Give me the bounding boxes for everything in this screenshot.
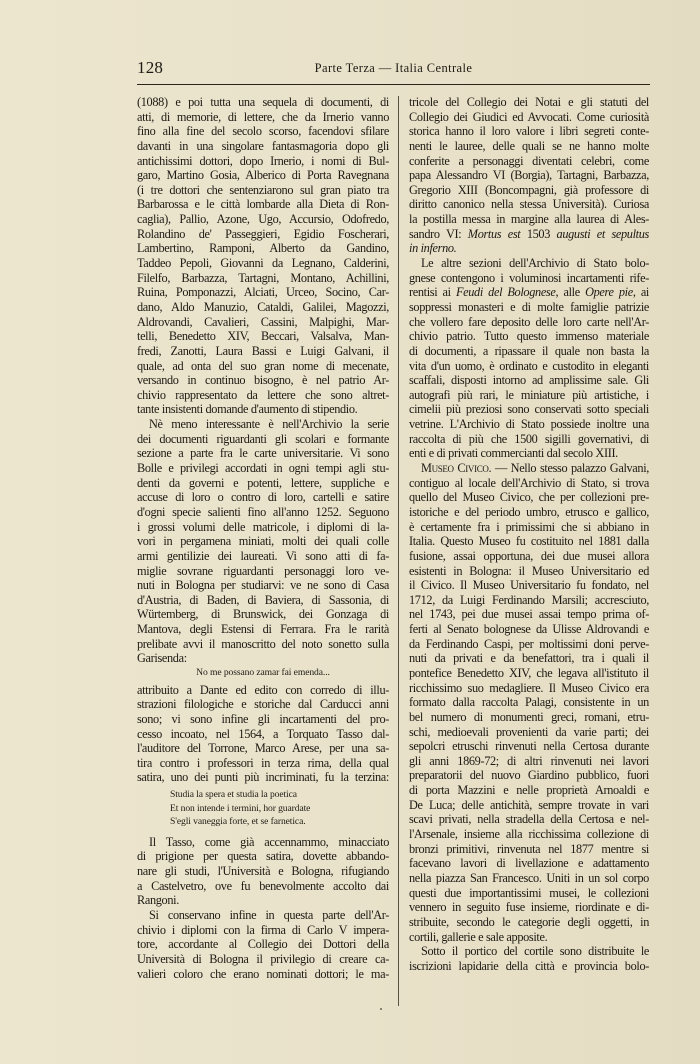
text-line: di porta Mazzini e nelle proprietà Arnoa… [409, 783, 649, 798]
text-line: scaffali, disposti intorno ad amplissime… [409, 373, 649, 388]
text-line: chivio i diplomi con la firma di Carlo V… [137, 923, 389, 938]
text-line: strazioni filologiche e storiche dal Car… [137, 697, 389, 712]
left-column: (1088) e poi tutta una sequela di docume… [137, 95, 389, 981]
text-line: formato dalla raccolta Palagi, consisten… [409, 695, 649, 710]
text-line: autografi più rari, le miniature più art… [409, 388, 649, 403]
text-fragment: — Nello stesso palazzo Galvani, [491, 461, 649, 475]
text-line: garo, Martino Gosia, Alberico di Porta R… [137, 168, 389, 183]
text-line: Würtemberg, di Brunswick, dei Gonzaga di [137, 607, 389, 622]
text-line: quello del Museo Civico, che per collezi… [409, 490, 649, 505]
text-line: raccolta di più che 1500 sigilli governa… [409, 432, 649, 447]
text-fragment: , ai [633, 285, 649, 299]
text-line: (i tre dottori che sentenziarono sul gra… [137, 183, 389, 198]
text-line: tricole del Collegio dei Notai e gli sta… [409, 95, 649, 110]
text-line: Filelfo, Barbazza, Tartagni, Montano, Ac… [137, 271, 389, 286]
text-line: bel numero di monumenti greci, romani, e… [409, 710, 649, 725]
text-line: tira contro i professori in terza rima, … [137, 756, 389, 771]
text-line: preparatorii del nuovo Giardino pubblico… [409, 768, 649, 783]
text-line: vita d'un uomo, è ordinato e custodito i… [409, 359, 649, 374]
print-speck [380, 1008, 382, 1010]
text-line: papa Alessandro VI (Borgia), Tartagni, B… [409, 168, 649, 183]
right-column: tricole del Collegio dei Notai e gli sta… [409, 95, 649, 973]
terzina-verse: Studia la spera et studia la poetica Et … [137, 788, 389, 829]
text-line: soppressi monasteri e di molte famiglie … [409, 300, 649, 315]
text-line: quale, ad onta del suo gran nome di mece… [137, 359, 389, 374]
sonnet-quote: No me possano zamar fai emenda... [137, 666, 389, 680]
section-heading-museo-civico: Museo Civico. [421, 461, 491, 475]
latin-italic: in inferno. [409, 241, 456, 255]
paragraph-start: Nè meno interessante è nell'Archivio la … [137, 417, 389, 432]
text-line: fusione, assai opportuna, dei due musei … [409, 549, 649, 564]
text-line: Aldrovandi, Cavalieri, Cassini, Malpighi… [137, 315, 389, 330]
text-line: i grossi volumi delle matricole, i diplo… [137, 520, 389, 535]
paragraph-start: Si conservano infine in questa parte del… [137, 908, 389, 923]
text-line: Italia. Questo Museo fu costituito nel 1… [409, 534, 649, 549]
paragraph-start: Sotto il portico del cortile sono distri… [409, 944, 649, 959]
text-line: conferite a personaggi diventati celebri… [409, 154, 649, 169]
text-line: cortili, gallerie e sale apposite. [409, 930, 649, 945]
text-line: la postilla messa in margine alla laurea… [409, 212, 649, 227]
year: 1503 [520, 227, 556, 241]
text-line: cimelii più preziosi sono conservati sot… [409, 402, 649, 417]
latin-italic: augusti et sepultus [557, 227, 649, 241]
text-line: versando in continuo bisogno, è nel patr… [137, 373, 389, 388]
text-line: prelibate avvi il manoscritto del noto s… [137, 637, 389, 652]
text-line: da Ferdinando Caspi, per moltissimi doni… [409, 637, 649, 652]
text-line: in inferno. [409, 241, 649, 256]
text-line: sandro VI: Mortus est 1503 augusti et se… [409, 227, 649, 242]
text-line: chivio patrio. Tutto questo immenso mate… [409, 329, 649, 344]
text-line: a Castelvetro, ove fu benevolmente accol… [137, 879, 389, 894]
text-line: schi, medioevali provenienti da varie pa… [409, 725, 649, 740]
text-line: miglie sovrane riguardanti personaggi lo… [137, 564, 389, 579]
text-line: gnese contengono i voluminosi incartamen… [409, 271, 649, 286]
text-line: Rolandino de' Passeggieri, Egidio Fosche… [137, 227, 389, 242]
text-line: nare gli studi, l'Università e Bologna, … [137, 864, 389, 879]
book-page: 128 Parte Terza — Italia Centrale (1088)… [0, 0, 700, 1064]
paragraph-start: Il Tasso, come già accennammo, minacciat… [137, 835, 389, 850]
text-line: 1712, da Luigi Ferdinando Marsili; accre… [409, 593, 649, 608]
text-fragment: rentisi ai [409, 285, 456, 299]
text-line: fredi, Zanotti, Laura Bassi e Luigi Galv… [137, 344, 389, 359]
text-line: storica hanno il loro valore i libri seg… [409, 124, 649, 139]
text-line: caglia), Pallio, Azone, Ugo, Accursio, O… [137, 212, 389, 227]
text-line: diritto canonico nella stessa Università… [409, 197, 649, 212]
text-line: attribuito a Dante ed edito con corredo … [137, 683, 389, 698]
header-rule [137, 84, 650, 85]
text-line: armi gentilizie dei laureati. Vi sono at… [137, 549, 389, 564]
text-line: istoriche e del periodo umbro, etrusco e… [409, 505, 649, 520]
text-line: che vollero fare deposito delle loro car… [409, 315, 649, 330]
latin-italic: Mortus est [468, 227, 521, 241]
text-line: Collegio dei Giudici ed Avvocati. Come c… [409, 110, 649, 125]
text-line: sezione a parte fra le carte universitar… [137, 446, 389, 461]
text-line: ricchissimo suo medagliere. Il Museo Civ… [409, 681, 649, 696]
text-line: valieri coloro che erano nominati dottor… [137, 967, 389, 982]
text-line: sono; vi sono infine gli incartamenti de… [137, 712, 389, 727]
text-line: l'auditore del Torrone, Marco Arese, per… [137, 741, 389, 756]
text-line: davanti in una singolare fantasmagoria d… [137, 139, 389, 154]
text-line: scavi privati, nella stradella della Cer… [409, 812, 649, 827]
verse-line: Studia la spera et studia la poetica [137, 788, 389, 802]
text-line: è certamente fra i primissimi che si abb… [409, 520, 649, 535]
running-head: 128 Parte Terza — Italia Centrale [137, 58, 650, 80]
text-line: ferti al Senato bolognese da Ulisse Aldr… [409, 622, 649, 637]
paragraph-start: Le altre sezioni dell'Archivio di Stato … [409, 256, 649, 271]
text-line: (1088) e poi tutta una sequela di docume… [137, 95, 389, 110]
text-line: facevano lavori di livellazione e adatta… [409, 856, 649, 871]
text-line: sepolcri etruschi rinvenuti nella Certos… [409, 739, 649, 754]
text-line: vori in pergamena miniati, molti dei qua… [137, 534, 389, 549]
text-line: Rangoni. [137, 893, 389, 908]
text-line: antichissimi dottori, dopo Irnerio, i no… [137, 154, 389, 169]
text-line: Barbarossa e le città lombarde alla Diet… [137, 197, 389, 212]
text-line: Gregorio XIII (Boncompagni, già professo… [409, 183, 649, 198]
text-line: accuse di loro o contro di loro, cartell… [137, 490, 389, 505]
section-title: Parte Terza — Italia Centrale [137, 61, 650, 76]
text-line: Lambertino, Ramponi, Alberto da Gandino, [137, 241, 389, 256]
text-line: Bolle e privilegi accordati in ogni temp… [137, 461, 389, 476]
verse-line: S'egli vaneggia forte, et se farnetica. [137, 815, 389, 829]
text-line: bronzi primitivi, rinvenuta nel 1877 men… [409, 842, 649, 857]
text-line: nenti le lauree, delle quali se ne hanno… [409, 139, 649, 154]
text-line: Mantova, degli Estensi di Ferrara. Fra l… [137, 622, 389, 637]
text-line: gli anni 1869-72; di altri rinvenuti nei… [409, 754, 649, 769]
text-line: chivio rappresentato da lettere che sono… [137, 388, 389, 403]
text-line: Università di Bologna il privilegio di c… [137, 952, 389, 967]
text-line: nuti in Bologna per studiarvi: ve ne son… [137, 578, 389, 593]
text-line: enti e di privati commercianti dal secol… [409, 446, 649, 461]
text-line: l'Arsenale, insieme alla ricchissima col… [409, 827, 649, 842]
text-line: denti da governi e potenti, lettere, sup… [137, 476, 389, 491]
text-line: vennero in seguito fuse insieme, riordin… [409, 900, 649, 915]
text-line: di documenti, a ripassare il quale non b… [409, 344, 649, 359]
text-line: questi due importantissimi musei, le col… [409, 886, 649, 901]
text-line: tante insistenti domande d'aumento di st… [137, 402, 389, 417]
text-line: rentisi ai Feudi del Bolognese, alle Ope… [409, 285, 649, 300]
text-line: Ruina, Pomponazzi, Alciati, Urceo, Socin… [137, 285, 389, 300]
text-line: satira, uno dei punti più incriminati, f… [137, 770, 389, 785]
text-line: cesso incoato, nel 1564, a Torquato Tass… [137, 727, 389, 742]
text-line: atti, di memorie, di lettere, che da Irn… [137, 110, 389, 125]
verse-line: Et non intende i termini, hor guardate [137, 802, 389, 816]
text-line: dei documenti riguardanti gli scolari e … [137, 432, 389, 447]
text-line: di prigione per questa satira, dovette a… [137, 849, 389, 864]
text-line: iscrizioni lapidarie della città e provi… [409, 959, 649, 974]
title-italic: Opere pie [585, 285, 633, 299]
text-line: nel 1743, pei due musei assai tempo prim… [409, 607, 649, 622]
text-line: Garisenda: [137, 651, 389, 666]
text-line: stribuite, secondo le categorie degli og… [409, 915, 649, 930]
title-italic: Feudi del Bolognese [456, 285, 556, 299]
text-line: vetrine. L'Archivio di Stato possiede in… [409, 417, 649, 432]
text-line: esistenti in Bologna: il Museo Universit… [409, 564, 649, 579]
text-line: nella piazza San Francesco. Uniti in un … [409, 871, 649, 886]
text-fragment: , alle [555, 285, 585, 299]
text-line: contiguo al locale dell'Archivio di Stat… [409, 476, 649, 491]
text-line: il Civico. Il Museo Universitario fu fon… [409, 578, 649, 593]
text-line: Taddeo Pepoli, Giovanni da Legnano, Cald… [137, 256, 389, 271]
text-line: d'Austria, di Baden, di Baviera, di Sass… [137, 593, 389, 608]
text-line: fino alla fine del secolo scorso, facend… [137, 124, 389, 139]
paragraph-start: Museo Civico. — Nello stesso palazzo Gal… [409, 461, 649, 476]
text-fragment: sandro VI: [409, 227, 468, 241]
column-divider [398, 96, 399, 1006]
text-line: tore, accordante al Collegio dei Dottori… [137, 937, 389, 952]
text-line: De Luca; delle antichità, sempre trovate… [409, 798, 649, 813]
text-line: pontefice Benedetto XIV, che legava all'… [409, 666, 649, 681]
text-line: dano, Aldo Manuzio, Cataldi, Galilei, Ma… [137, 300, 389, 315]
text-line: d'ogni specie salienti fino all'anno 125… [137, 505, 389, 520]
text-line: telli, Benedetto XIV, Beccari, Valsalva,… [137, 329, 389, 344]
text-line: nuti da privati e da benefattori, tra i … [409, 651, 649, 666]
